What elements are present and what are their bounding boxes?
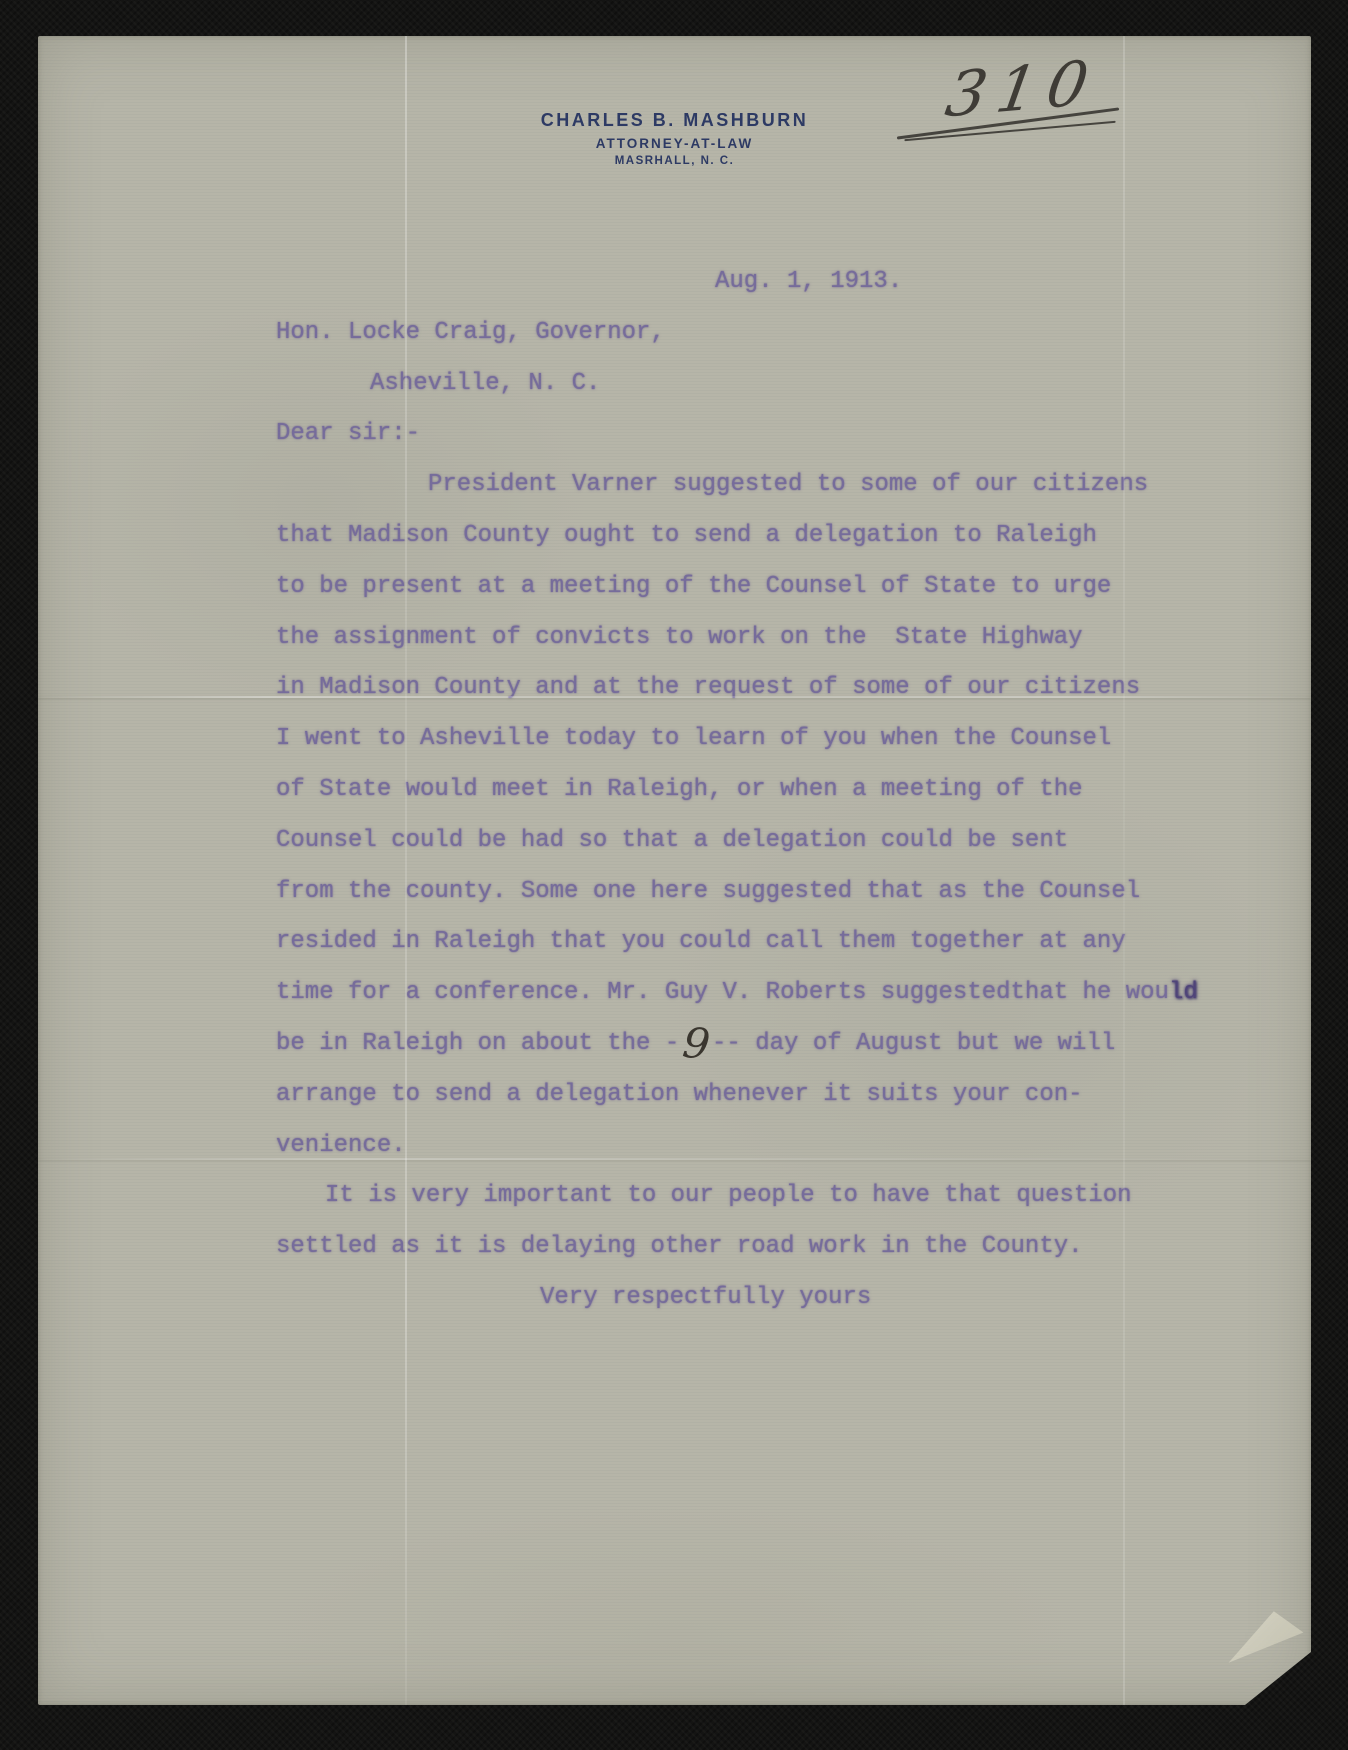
typed-text: of State would meet in Raleigh, or when …: [276, 776, 1083, 803]
typed-text: that Madison County ought to send a dele…: [276, 522, 1097, 549]
folded-corner: [1227, 1609, 1305, 1665]
letter-line-body: resided in Raleigh that you could call t…: [276, 917, 1276, 968]
letter-line-body: President Varner suggested to some of ou…: [428, 460, 1276, 511]
typed-text: arrange to send a delegation whenever it…: [276, 1081, 1083, 1108]
letter-line-body: to be present at a meeting of the Counse…: [276, 562, 1276, 613]
letter-line-salutation: Dear sir:-: [276, 409, 1276, 460]
typed-text: venience.: [276, 1132, 406, 1159]
letter-line-recipient-line-1: Hon. Locke Craig, Governor,: [276, 308, 1276, 359]
typed-text: Aug. 1, 1913.: [715, 268, 902, 295]
typed-text: the assignment of convicts to work on th…: [276, 624, 1083, 651]
typed-text: I went to Asheville today to learn of yo…: [276, 725, 1111, 752]
typed-text: from the county. Some one here suggested…: [276, 878, 1140, 905]
letter-line-body: I went to Asheville today to learn of yo…: [276, 714, 1276, 765]
letter-line-body: time for a conference. Mr. Guy V. Robert…: [276, 968, 1276, 1019]
letter-line-body: Counsel could be had so that a delegatio…: [276, 816, 1276, 867]
letter-line-body: the assignment of convicts to work on th…: [276, 613, 1276, 664]
typed-text: Very respectfully yours: [540, 1284, 871, 1311]
typed-text: It is very important to our people to ha…: [325, 1182, 1132, 1209]
letter-line-closing: Very respectfully yours: [540, 1273, 1276, 1324]
letter-line-body: arrange to send a delegation whenever it…: [276, 1070, 1276, 1121]
letter-line-recipient-line-2: Asheville, N. C.: [370, 359, 1276, 410]
typed-text: resided in Raleigh that you could call t…: [276, 928, 1126, 955]
handwritten-day-number: 9: [683, 1042, 710, 1045]
letter-line-body: be in Raleigh on about the -9-- day of A…: [276, 1019, 1276, 1070]
letter-body: Aug. 1, 1913.Hon. Locke Craig, Governor,…: [276, 257, 1276, 1324]
letter-line-body: that Madison County ought to send a dele…: [276, 511, 1276, 562]
typed-text: Counsel could be had so that a delegatio…: [276, 827, 1068, 854]
typed-text: President Varner suggested to some of ou…: [428, 471, 1148, 498]
typed-text: Asheville, N. C.: [370, 370, 600, 397]
overstruck-text: ld: [1169, 979, 1198, 1006]
letter-line-date: Aug. 1, 1913.: [715, 257, 1276, 308]
letter-line-body: settled as it is delaying other road wor…: [276, 1222, 1276, 1273]
letterhead: CHARLES B. MASHBURN ATTORNEY-AT-LAW MASR…: [38, 110, 1311, 167]
typed-text: in Madison County and at the request of …: [276, 674, 1140, 701]
letterhead-title: ATTORNEY-AT-LAW: [38, 136, 1311, 151]
letter-page: CHARLES B. MASHBURN ATTORNEY-AT-LAW MASR…: [38, 36, 1311, 1705]
letter-line-body: from the county. Some one here suggested…: [276, 867, 1276, 918]
typed-text: Hon. Locke Craig, Governor,: [276, 319, 665, 346]
typed-text: time for a conference. Mr. Guy V. Robert…: [276, 979, 1169, 1006]
typed-text: to be present at a meeting of the Counse…: [276, 573, 1111, 600]
letter-line-body: venience.: [276, 1121, 1276, 1172]
typed-text: settled as it is delaying other road wor…: [276, 1233, 1083, 1260]
letterhead-location: MASRHALL, N. C.: [38, 155, 1311, 167]
typed-text: -- day of August but we will: [712, 1030, 1115, 1057]
letterhead-name: CHARLES B. MASHBURN: [38, 110, 1311, 131]
typed-text: Dear sir:-: [276, 420, 420, 447]
letter-line-body: of State would meet in Raleigh, or when …: [276, 765, 1276, 816]
typed-text: be in Raleigh on about the -: [276, 1030, 679, 1057]
letter-line-body: in Madison County and at the request of …: [276, 663, 1276, 714]
letter-line-body: It is very important to our people to ha…: [325, 1171, 1276, 1222]
